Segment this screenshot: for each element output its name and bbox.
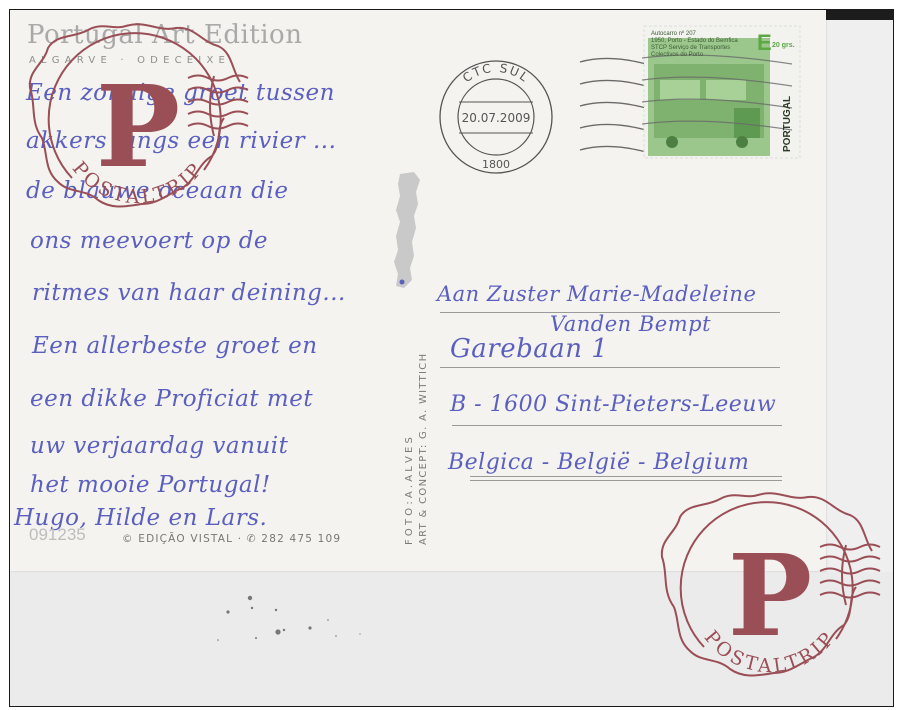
stamp-value-weight: 20 grs. (772, 42, 795, 49)
message-line: uw verjaardag vanuit (30, 433, 288, 459)
address-rule (470, 480, 782, 481)
wave-cancellation-icon (578, 52, 648, 157)
card-number: 091235 (29, 525, 86, 545)
scan-edge-bar (826, 9, 894, 20)
message-line: het mooie Portugal! (30, 472, 271, 498)
address-line: Aan Zuster Marie-Madeleine (437, 282, 756, 306)
address-rule (452, 425, 782, 426)
message-line: ons meevoert op de (30, 228, 268, 254)
watermark-letter: P (728, 531, 812, 662)
address-rule (440, 367, 780, 368)
dust-specks-icon (210, 590, 370, 650)
stamp-caption: STCP Serviço de Transportes (651, 45, 738, 52)
address-rule (470, 476, 782, 477)
stamp-value-letter: E (757, 30, 772, 56)
postmark-top-text: CTC SUL (460, 61, 532, 85)
portugal-map-icon (392, 170, 422, 292)
postage-stamp: Autocarro nº 207 1950, Porto - Estado do… (642, 24, 802, 160)
photo-credit: F O T O : A . A L V E S (404, 437, 415, 545)
postmark-icon: CTC SUL 20.07.2009 1800 (437, 58, 555, 176)
postaltrip-watermark-icon: P POSTALTRIP (650, 487, 890, 697)
postaltrip-watermark-icon: P POSTALTRIP (18, 18, 258, 228)
message-line: ritmes van haar deining... (32, 280, 346, 306)
concept-credit: ART & CONCEPT: G. A. WITTICH (418, 353, 429, 545)
publisher-line: © EDIÇÃO VISTAL · ✆ 282 475 109 (122, 533, 341, 545)
svg-text:CTC SUL: CTC SUL (460, 61, 532, 85)
stamp-country: PORTUGAL (782, 96, 793, 152)
address-line: B - 1600 Sint-Pieters-Leeuw (450, 392, 776, 417)
message-line: Een allerbeste groet en (32, 333, 318, 359)
address-line: Vanden Bempt (550, 312, 711, 336)
postmark-date: 20.07.2009 (462, 111, 531, 125)
address-line: Garebaan 1 (450, 334, 608, 364)
stamp-caption: 1950, Porto - Estado do Bemfica (651, 38, 738, 45)
postmark-bottom-text: 1800 (482, 158, 510, 171)
stamp-caption: Colectivos do Porto (651, 52, 738, 59)
message-line: een dikke Proficiat met (30, 386, 313, 412)
watermark-letter: P (96, 62, 180, 193)
stamp-caption-title: Autocarro nº 207 (651, 31, 738, 38)
address-line: Belgica - België - Belgium (448, 450, 749, 475)
